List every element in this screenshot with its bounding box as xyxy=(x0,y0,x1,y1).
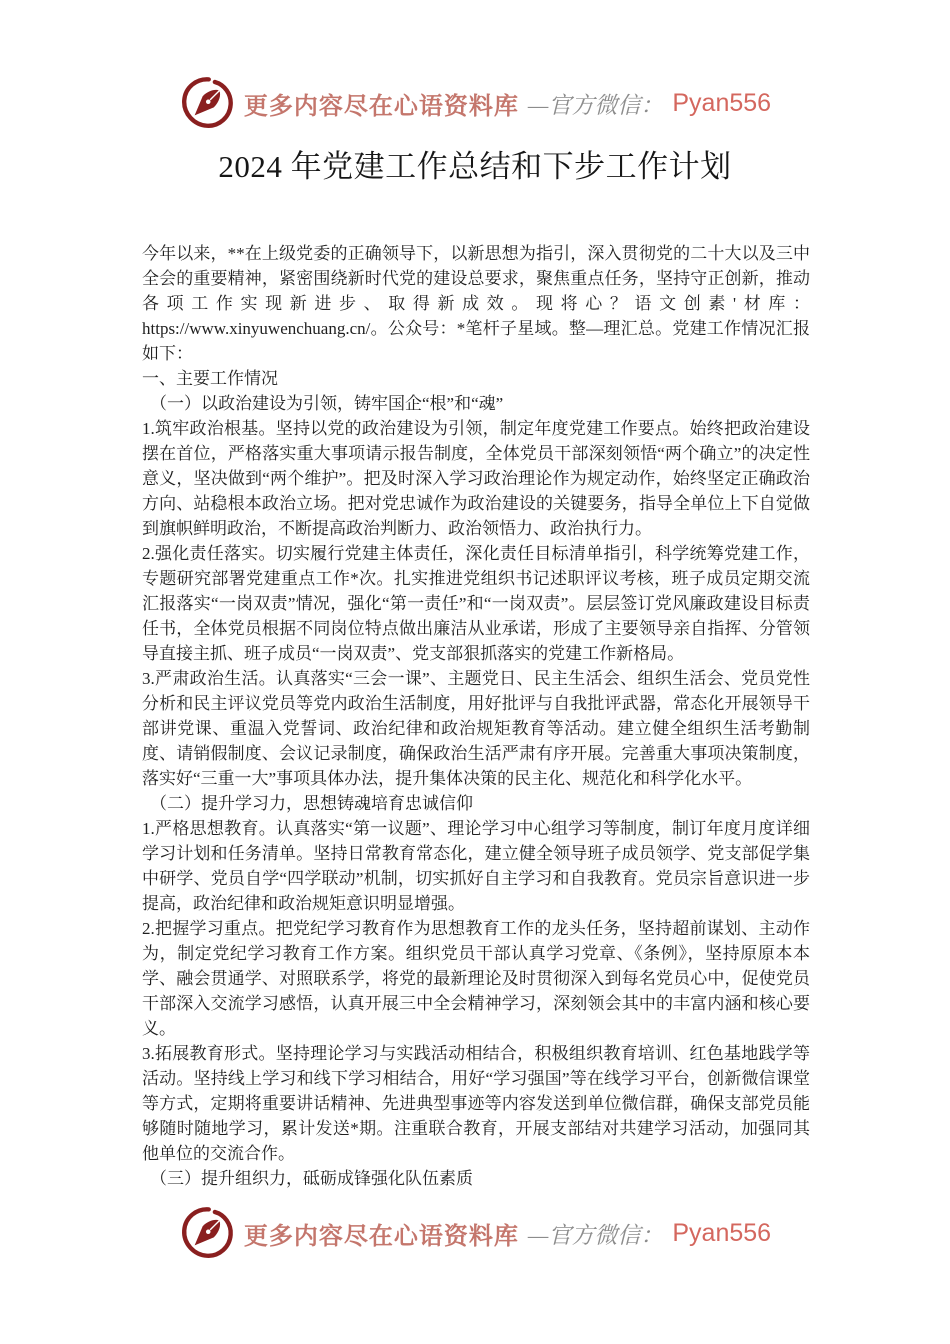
paragraph: 2.把握学习重点。把党纪学习教育作为思想教育工作的龙头任务，坚持超前谋划、主动作… xyxy=(142,916,810,1041)
watermark-official-label: —官方微信： xyxy=(528,87,663,120)
watermark-footer: 更多内容尽在心语资料库 —官方微信： Pyan556 xyxy=(0,1204,950,1262)
paragraph: 2.强化责任落实。切实履行党建主体责任，深化责任目标清单指引，科学统筹党建工作，… xyxy=(142,541,810,666)
subsection-heading: （一）以政治建设为引领，铸牢国企“根”和“魂” xyxy=(142,391,810,416)
document-body: 今年以来，**在上级党委的正确领导下，以新思想为指引，深入贯彻党的二十大以及三中… xyxy=(142,241,810,1191)
paragraph: 1.筑牢政治根基。坚持以党的政治建设为引领，制定年度党建工作要点。始终把政治建设… xyxy=(142,416,810,541)
paragraph: 3.严肃政治生活。认真落实“三会一课”、主题党日、民主生活会、组织生活会、党员党… xyxy=(142,666,810,791)
pen-emblem-icon xyxy=(179,1204,235,1262)
paragraph: 1.严格思想教育。认真落实“第一议题”、理论学习中心组学习等制度，制订年度月度详… xyxy=(142,816,810,916)
watermark-text: 更多内容尽在心语资料库 xyxy=(244,1216,519,1251)
wechat-id: Pyan556 xyxy=(672,1219,771,1248)
watermark-text: 更多内容尽在心语资料库 xyxy=(244,86,519,121)
paragraph-intro: 今年以来，**在上级党委的正确领导下，以新思想为指引，深入贯彻党的二十大以及三中… xyxy=(142,241,810,366)
document-page: 更多内容尽在心语资料库 —官方微信： Pyan556 2024 年党建工作总结和… xyxy=(0,0,950,1344)
subsection-heading: （三）提升组织力，砥砺成锋强化队伍素质 xyxy=(142,1166,810,1191)
watermark-official-label: —官方微信： xyxy=(528,1217,663,1250)
subsection-heading: （二）提升学习力，思想铸魂培育忠诚信仰 xyxy=(142,791,810,816)
wechat-id: Pyan556 xyxy=(672,89,771,118)
watermark-header: 更多内容尽在心语资料库 —官方微信： Pyan556 xyxy=(0,74,950,132)
paragraph: 3.拓展教育形式。坚持理论学习与实践活动相结合，积极组织教育培训、红色基地践学等… xyxy=(142,1041,810,1166)
pen-emblem-icon xyxy=(179,74,235,132)
document-title: 2024 年党建工作总结和下步工作计划 xyxy=(0,141,950,186)
section-heading: 一、主要工作情况 xyxy=(142,366,810,391)
